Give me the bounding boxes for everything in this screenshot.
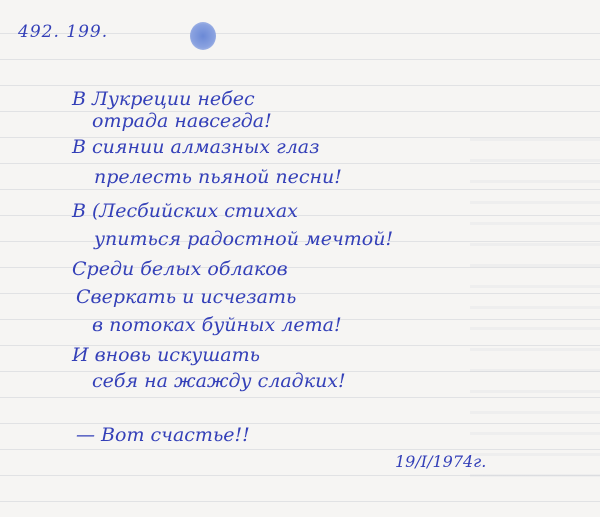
poem-line: упиться радостной мечтой!	[94, 228, 393, 250]
poem-line: прелесть пьяной песни!	[94, 166, 342, 188]
poem-line: В Лукреции небес	[72, 88, 255, 110]
bleed-through-text	[470, 120, 600, 480]
poem-line: И вновь искушать	[72, 344, 260, 366]
lined-paper: 492. 199. В Лукреции небес отрада навсег…	[0, 0, 600, 517]
poem-line: Сверкать и исчезать	[76, 286, 296, 308]
poem-line: В сиянии алмазных глаз	[72, 136, 320, 158]
reference-number: 492. 199.	[18, 22, 108, 42]
poem-line: отрада навсегда!	[92, 110, 272, 132]
date: 19/I/1974г.	[395, 452, 486, 471]
ink-blot	[190, 22, 216, 50]
poem-line: Среди белых облаков	[72, 258, 288, 280]
poem-line: В (Лесбийских стихах	[72, 200, 298, 222]
poem-line: — Вот счастье!!	[76, 424, 250, 446]
poem-line: в потоках буйных лета!	[92, 314, 342, 336]
poem-line: себя на жажду сладких!	[92, 370, 346, 392]
